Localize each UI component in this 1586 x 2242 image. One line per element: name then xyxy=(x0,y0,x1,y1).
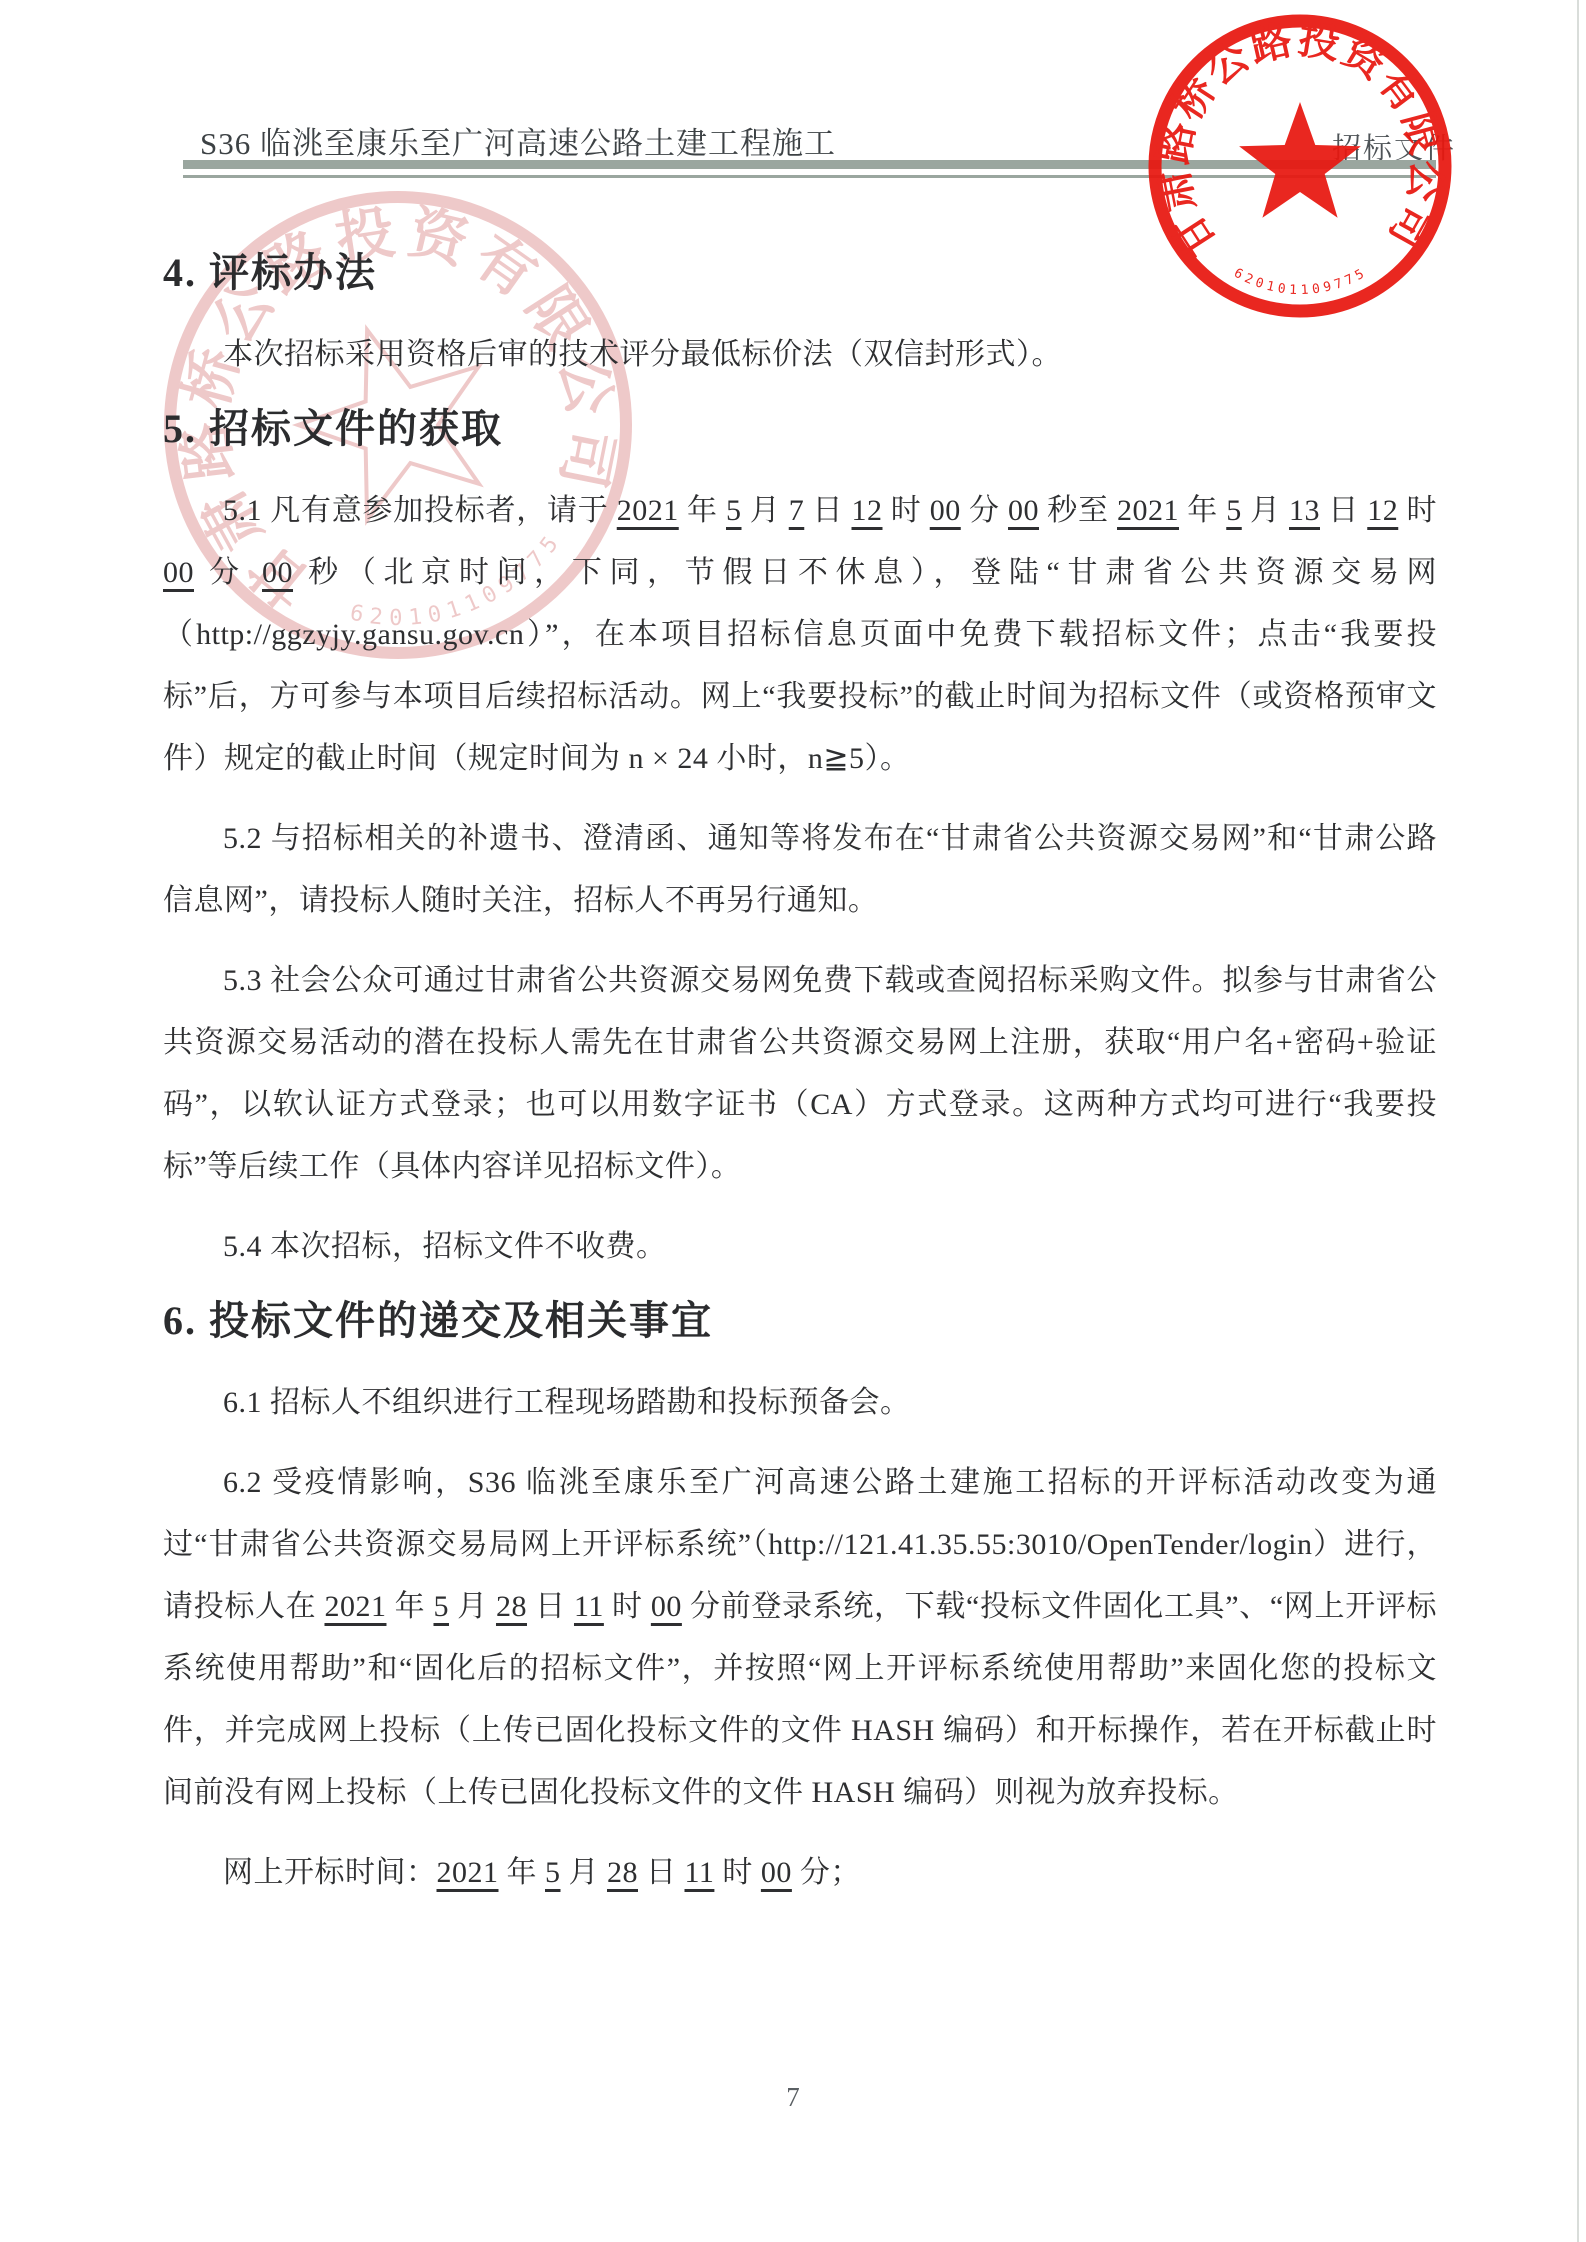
text-segment: 分 xyxy=(194,556,262,589)
text-segment: 日 xyxy=(1320,494,1367,527)
document-page: S36 临洮至康乐至广河高速公路土建工程施工 招标文件 甘肃路桥公路投资有限公司… xyxy=(0,0,1586,2242)
text-segment: 月 xyxy=(1242,494,1289,527)
underlined-value: 28 xyxy=(496,1590,527,1623)
text-segment: 年 xyxy=(679,494,726,527)
text-segment: 网上开标时间： xyxy=(223,1856,437,1889)
text-segment: 5.2 与招标相关的补遗书、澄清函、通知等将发布在“甘肃省公共资源交易网”和“甘… xyxy=(163,822,1437,917)
text-segment: 分； xyxy=(792,1856,861,1889)
paragraph: 5.1 凡有意参加投标者，请于 2021 年 5 月 7 日 12 时 00 分… xyxy=(163,480,1437,790)
section-heading: 4. 评标办法 xyxy=(163,248,1437,298)
text-segment: 本次招标采用资格后审的技术评分最低标价法（双信封形式）。 xyxy=(223,338,1062,371)
underlined-value: 2021 xyxy=(324,1590,386,1623)
text-segment: 秒至 xyxy=(1039,494,1117,527)
underlined-value: 11 xyxy=(685,1856,715,1889)
underlined-value: 2021 xyxy=(1117,494,1179,527)
underlined-value: 00 xyxy=(1008,494,1039,527)
page-number: 7 xyxy=(0,2082,1586,2113)
text-segment: 5.3 社会公众可通过甘肃省公共资源交易网免费下载或查阅招标采购文件。拟参与甘肃… xyxy=(163,964,1437,1183)
underlined-value: 5 xyxy=(1226,494,1242,527)
underlined-value: 00 xyxy=(163,556,194,589)
text-segment: 月 xyxy=(449,1590,496,1623)
text-segment: 日 xyxy=(638,1856,685,1889)
text-segment: 秒（北京时间，下同，节假日不休息），登陆“甘肃省公共资源交易网（http://g… xyxy=(163,556,1437,775)
underlined-value: 28 xyxy=(607,1856,638,1889)
underlined-value: 7 xyxy=(789,494,805,527)
underlined-value: 2021 xyxy=(617,494,679,527)
text-segment: 分 xyxy=(961,494,1008,527)
section-heading: 5. 招标文件的获取 xyxy=(163,404,1437,454)
paragraph: 5.4 本次招标，招标文件不收费。 xyxy=(163,1216,1437,1278)
underlined-value: 5 xyxy=(545,1856,561,1889)
text-segment: 年 xyxy=(1179,494,1226,527)
text-segment: 时 xyxy=(1398,494,1437,527)
document-body: 4. 评标办法本次招标采用资格后审的技术评分最低标价法（双信封形式）。5. 招标… xyxy=(163,234,1437,1922)
text-segment: 月 xyxy=(561,1856,608,1889)
header-project-title: S36 临洮至康乐至广河高速公路土建工程施工 xyxy=(200,118,836,163)
paragraph: 5.2 与招标相关的补遗书、澄清函、通知等将发布在“甘肃省公共资源交易网”和“甘… xyxy=(163,808,1437,932)
paragraph: 网上开标时间：2021 年 5 月 28 日 11 时 00 分； xyxy=(163,1842,1437,1904)
text-segment: 日 xyxy=(527,1590,574,1623)
underlined-value: 00 xyxy=(651,1590,682,1623)
paragraph: 本次招标采用资格后审的技术评分最低标价法（双信封形式）。 xyxy=(163,324,1437,386)
underlined-value: 12 xyxy=(1367,494,1398,527)
text-segment: 5.1 凡有意参加投标者，请于 xyxy=(223,494,617,527)
underlined-value: 11 xyxy=(574,1590,604,1623)
text-segment: 时 xyxy=(714,1856,761,1889)
underlined-value: 00 xyxy=(761,1856,792,1889)
underlined-value: 12 xyxy=(852,494,883,527)
text-segment: 年 xyxy=(499,1856,546,1889)
page-edge-line xyxy=(1577,0,1579,2242)
underlined-value: 2021 xyxy=(437,1856,499,1889)
text-segment: 月 xyxy=(742,494,789,527)
paragraph: 6.1 招标人不组织进行工程现场踏勘和投标预备会。 xyxy=(163,1372,1437,1434)
text-segment: 日 xyxy=(804,494,851,527)
paragraph: 5.3 社会公众可通过甘肃省公共资源交易网免费下载或查阅招标采购文件。拟参与甘肃… xyxy=(163,950,1437,1198)
text-segment: 6.1 招标人不组织进行工程现场踏勘和投标预备会。 xyxy=(223,1386,911,1419)
text-segment: 时 xyxy=(604,1590,651,1623)
underlined-value: 5 xyxy=(433,1590,449,1623)
header-rule-thin xyxy=(183,175,1436,178)
text-segment: 5.4 本次招标，招标文件不收费。 xyxy=(223,1230,667,1263)
underlined-value: 5 xyxy=(726,494,742,527)
section-heading: 6. 投标文件的递交及相关事宜 xyxy=(163,1296,1437,1346)
paragraph: 6.2 受疫情影响，S36 临洮至康乐至广河高速公路土建施工招标的开评标活动改变… xyxy=(163,1452,1437,1824)
header-rule-thick xyxy=(183,160,1436,169)
underlined-value: 00 xyxy=(930,494,961,527)
text-segment: 年 xyxy=(386,1590,433,1623)
underlined-value: 13 xyxy=(1289,494,1320,527)
text-segment: 时 xyxy=(883,494,930,527)
underlined-value: 00 xyxy=(262,556,293,589)
